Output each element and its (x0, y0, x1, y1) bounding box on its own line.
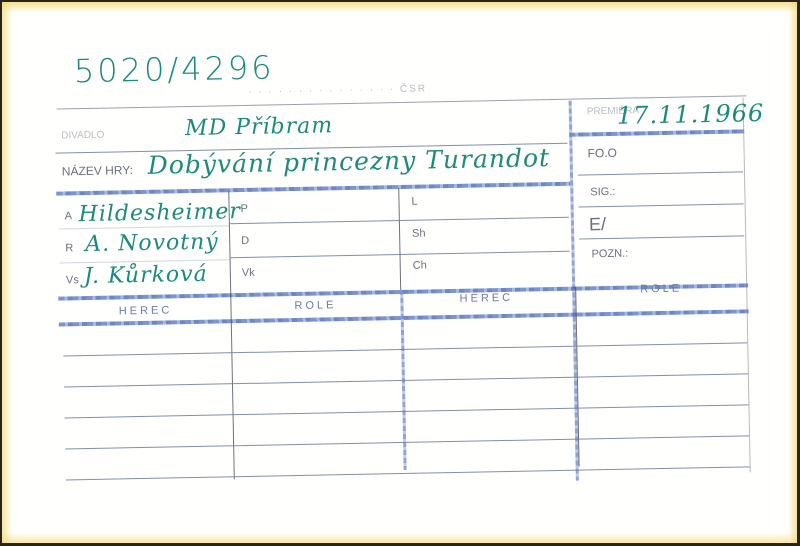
credit-vk-label: Vk (242, 267, 255, 279)
credit-r-value: A. Novotný (85, 229, 219, 257)
divadlo-label: DIVADLO (61, 130, 104, 142)
faded-header: · · · · · · · · · · · · · · · ČSR (248, 83, 427, 97)
nazev-hry-label: NÁZEV HRY: (62, 163, 133, 178)
credit-a-label: A (65, 210, 73, 222)
credit-r-label: R (65, 242, 73, 254)
line-foto-bottom (578, 171, 743, 175)
sig-label: SIG.: (590, 186, 615, 198)
cast-header-role-1: ROLE (230, 298, 400, 313)
credit-a-value: Hildesheimer (78, 199, 241, 227)
table-row (65, 435, 749, 449)
credit-ch-label: Ch (413, 259, 427, 271)
pozn-label: POZN.: (591, 248, 628, 261)
line-nazev-bottom (56, 182, 570, 196)
catalog-number: 5020/4296 (74, 48, 275, 90)
table-row (65, 404, 749, 418)
divadlo-value: MD Příbram (185, 113, 334, 141)
table-row (63, 342, 747, 356)
credit-l-label: L (411, 196, 417, 208)
credit-p-label: P (240, 203, 248, 215)
nazev-hry-value: Dobývání princezny Turandot (147, 143, 550, 180)
credit-sh-label: Sh (412, 228, 426, 240)
credit-d-label: D (241, 235, 249, 247)
cast-header-herec-1: HEREC (60, 303, 230, 318)
credit-vs-label: Vs (66, 274, 79, 286)
e-label: E/ (589, 214, 606, 235)
credits-divider-2 (398, 188, 401, 290)
cast-header-herec-2: HEREC (400, 291, 572, 306)
table-row (66, 466, 750, 480)
credit-vs-value: J. Kůrková (84, 262, 208, 289)
cast-header-role-2: ROLE (575, 281, 747, 296)
line-premiera-bottom (569, 129, 744, 136)
line-e-bottom (579, 235, 744, 239)
table-row (64, 373, 748, 387)
line-sig-bottom (579, 203, 744, 207)
foto-label: FO.O (587, 146, 617, 161)
card-form: 5020/4296 · · · · · · · · · · · · · · · … (0, 0, 800, 546)
